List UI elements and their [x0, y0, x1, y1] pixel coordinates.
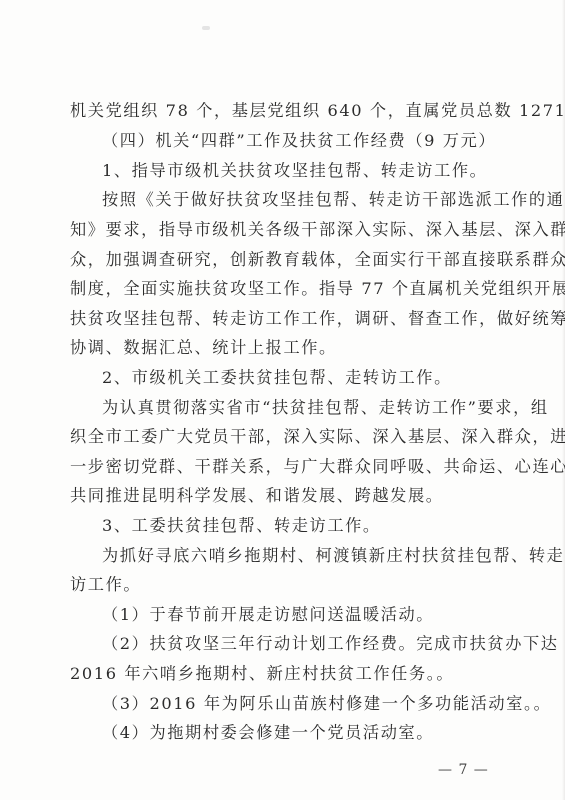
- section-heading-four: （四）机关“四群”工作及扶贫工作经费（9 万元）: [102, 129, 494, 153]
- paragraph-line: 知》要求，指导市级机关各级干部深入实际、深入基层、深入群: [70, 218, 494, 242]
- paragraph-line: 协调、数据汇总、统计上报工作。: [70, 336, 494, 360]
- document-page: 机关党组织 78 个，基层党组织 640 个，直属党员总数 12713 名。 （…: [0, 0, 565, 800]
- list-item-4: （4）为拖期村委会修建一个党员活动室。: [102, 721, 494, 745]
- paragraph-line: 制度，全面实施扶贫攻坚工作。指导 77 个直属机关党组织开展: [70, 277, 494, 301]
- subheading-3: 3、工委扶贫挂包帮、转走访工作。: [102, 514, 494, 538]
- paragraph-line: 织全市工委广大党员干部，深入实际、深入基层、深入群众，进: [70, 425, 494, 449]
- paragraph-line: 为抓好寻底六哨乡拖期村、柯渡镇新庄村扶贫挂包帮、转走: [102, 544, 494, 568]
- list-item-2-continued: 2016 年六哨乡拖期村、新庄村扶贫工作任务。。: [70, 662, 494, 686]
- paragraph-line: 访工作。: [70, 573, 494, 597]
- paragraph-line: 众，加强调查研究，创新教育载体，全面实行干部直接联系群众: [70, 248, 494, 272]
- list-item-3: （3）2016 年为阿乐山苗族村修建一个多功能活动室。。: [102, 692, 494, 716]
- paragraph-line: 为认真贯彻落实省市“扶贫挂包帮、走转访工作”要求，组: [102, 396, 494, 420]
- subheading-1: 1、指导市级机关扶贫攻坚挂包帮、转走访工作。: [102, 159, 494, 183]
- list-item-2: （2）扶贫攻坚三年行动计划工作经费。完成市扶贫办下达: [102, 632, 494, 656]
- scan-speck: [202, 26, 210, 30]
- paragraph-line: 按照《关于做好扶贫攻坚挂包帮、转走访干部选派工作的通: [102, 188, 494, 212]
- paragraph-line-party-stats: 机关党组织 78 个，基层党组织 640 个，直属党员总数 12713 名。: [70, 99, 494, 123]
- paragraph-line: 一步密切党群、干群关系，与广大群众同呼吸、共命运、心连心，: [70, 455, 494, 479]
- list-item-1: （1）于春节前开展走访慰问送温暖活动。: [102, 603, 494, 627]
- paragraph-line: 扶贫攻坚挂包帮、转走访工作工作，调研、督查工作，做好统筹: [70, 307, 494, 331]
- page-number: — 7 —: [438, 760, 489, 780]
- paragraph-line: 共同推进昆明科学发展、和谐发展、跨越发展。: [70, 484, 494, 508]
- subheading-2: 2、市级机关工委扶贫挂包帮、走转访工作。: [102, 366, 494, 390]
